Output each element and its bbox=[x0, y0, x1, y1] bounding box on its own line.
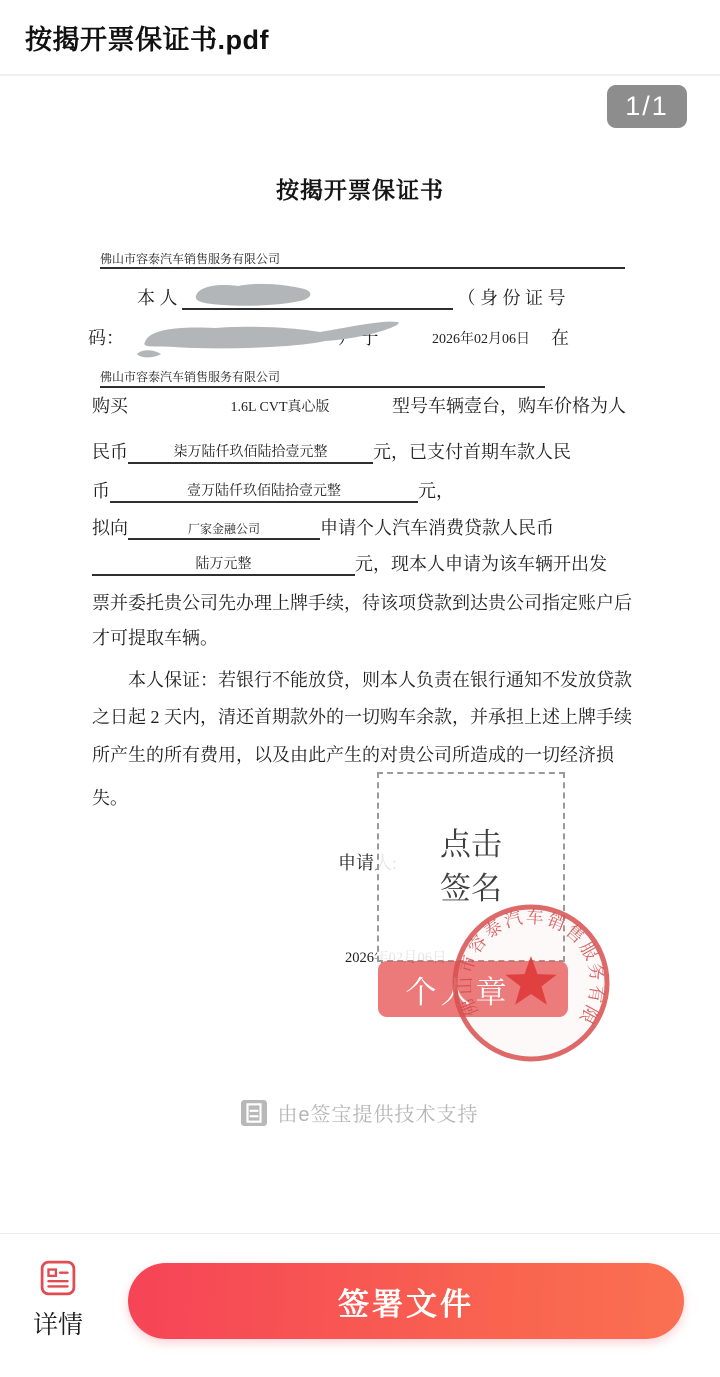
doc-date-1: 2026年02月06日 bbox=[432, 328, 530, 348]
doc-line-piao: 票并委托贵公司先办理上牌手续，待该项贷款到达贵公司指定账户后 bbox=[92, 589, 632, 615]
underline bbox=[100, 386, 545, 388]
esign-logo-icon bbox=[241, 1100, 267, 1126]
redaction-scribble-name bbox=[190, 280, 320, 310]
sign-cta-line1: 点击 bbox=[440, 823, 502, 867]
powered-by-text: 由e签宝提供技术支持 bbox=[277, 1098, 478, 1127]
doc-line-down-payment: 币壹万陆仟玖佰陆拾壹元整元， bbox=[92, 475, 454, 503]
bottom-action-bar: 详情 签署文件 bbox=[0, 1233, 720, 1377]
doc-para2-line2: 之日起 2 天内，清还首期款外的一切购车余款，并承担上述上牌手续 bbox=[92, 703, 632, 729]
pdf-page: 1/1 按揭开票保证书 佛山市容泰汽车销售服务有限公司 本 人 （ 身 份 证 … bbox=[0, 76, 720, 1233]
doc-line-loan-amount: 陆万元整元，现本人申请为该车辆开出发 bbox=[92, 548, 607, 576]
total-price-fill: 柒万陆仟玖佰陆拾壹元整 bbox=[128, 436, 373, 464]
doc-line-cai: 才可提取车辆。 bbox=[92, 624, 218, 650]
doc-line-buy-post: 型号车辆壹台，购车价格为人 bbox=[392, 392, 626, 418]
down-payment-fill: 壹万陆仟玖佰陆拾壹元整 bbox=[110, 475, 418, 503]
screen: 按揭开票保证书.pdf 1/1 按揭开票保证书 佛山市容泰汽车销售服务有限公司 … bbox=[0, 0, 720, 1377]
finance-company-fill: 厂家金融公司 bbox=[128, 512, 320, 540]
doc-line-id-pre: 码： bbox=[88, 324, 124, 350]
details-button[interactable]: 详情 bbox=[26, 1260, 90, 1341]
document-title: 按揭开票保证书 bbox=[0, 172, 720, 205]
redaction-scribble-id bbox=[135, 316, 415, 362]
company-name-fill-2: 佛山市容泰汽车销售服务有限公司 bbox=[100, 368, 280, 385]
company-name-fill-1: 佛山市容泰汽车销售服务有限公司 bbox=[100, 250, 280, 267]
loan-amount-fill: 陆万元整 bbox=[92, 548, 355, 576]
underline bbox=[100, 267, 625, 269]
doc-para2-line3: 所产生的所有费用，以及由此产生的对贵公司所造成的一切经济损 bbox=[92, 741, 614, 767]
doc-line-finance: 拟向厂家金融公司申请个人汽车消费贷款人民币 bbox=[92, 512, 554, 540]
powered-by-row: 由e签宝提供技术支持 bbox=[0, 1098, 720, 1127]
page-indicator-badge: 1/1 bbox=[607, 85, 687, 128]
sign-document-button[interactable]: 签署文件 bbox=[128, 1263, 684, 1339]
doc-line-total-price: 民币柒万陆仟玖佰陆拾壹元整元，已支付首期车款人民 bbox=[92, 436, 571, 464]
details-document-icon bbox=[40, 1260, 76, 1296]
doc-line-buy-pre: 购买 bbox=[92, 392, 128, 418]
doc-para2-line4: 失。 bbox=[92, 784, 128, 810]
doc-line-id-end: 在 bbox=[551, 324, 569, 350]
company-stamp: 佛山市容泰汽车销售服务有限公司 bbox=[448, 900, 614, 1066]
file-title: 按揭开票保证书.pdf bbox=[25, 18, 269, 57]
app-header: 按揭开票保证书.pdf bbox=[0, 0, 720, 76]
sign-document-label: 签署文件 bbox=[338, 1279, 474, 1324]
details-label: 详情 bbox=[26, 1305, 90, 1341]
car-model-fill: 1.6L CVT真心版 bbox=[200, 396, 360, 416]
doc-para2-line1: 本人保证：若银行不能放贷，则本人负责在银行通知不发放贷款 bbox=[128, 666, 632, 692]
